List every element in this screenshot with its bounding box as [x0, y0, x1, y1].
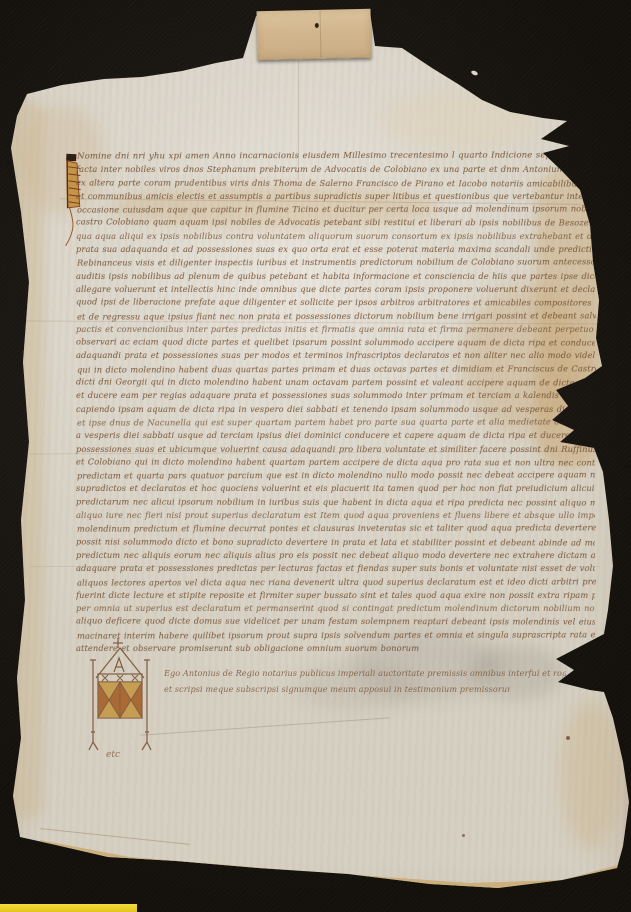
- ms-line: observari ac eciam quod dicte partes et …: [76, 336, 595, 350]
- ms-line: aliquos lectores apertos vel dicta aqua …: [77, 575, 596, 590]
- ms-line: molendinum predictum et flumine decurrat…: [77, 522, 596, 537]
- ms-line: auditis ipsis nobilibus ad plenum de qui…: [76, 270, 595, 283]
- stain-bottom-right: [560, 700, 620, 850]
- notary-line: Ego Antonius de Regio notarius publicus …: [164, 666, 566, 682]
- scratch-line: [140, 717, 389, 735]
- stain-left-edge: [8, 100, 44, 820]
- ms-line: a vesperis diei sabbati usque ad terciam…: [76, 429, 595, 442]
- ms-line: aliquo iure nec fieri nisi prout superiu…: [76, 509, 595, 522]
- ms-line: et de regressu aque ipsius fiant nec non…: [77, 309, 596, 324]
- ms-line: pactis et convencionibus inter partes pr…: [76, 323, 595, 336]
- ms-line: supradictos et declaratos et hoc quocien…: [76, 482, 595, 495]
- ms-line: facta inter nobiles viros dnos Stephanum…: [76, 163, 595, 176]
- ms-line: Nomine dni nri yhu xpi amen Anno incarna…: [77, 149, 596, 164]
- ms-line: per omnia ut superius est declaratum et …: [76, 602, 595, 615]
- ms-line: et Colobiano qui in dicto molendino habe…: [76, 455, 595, 469]
- ms-line: et ipse dnus de Nacunella qui est super …: [77, 415, 596, 430]
- ms-line: possit nisi solummodo dicto et bono supr…: [76, 535, 595, 549]
- yellow-ruler-strip: [0, 904, 137, 912]
- ms-line: dicti dni Georgii qui in dicto molendino…: [76, 376, 595, 390]
- ms-line: adaquare prata et possessiones predictas…: [76, 562, 595, 575]
- ms-line: predictam et quarta pars quatuor parcium…: [77, 468, 596, 483]
- ms-line: qua aqua aliqui ex ipsis nobilibus contr…: [76, 230, 595, 243]
- ms-line: qui in dicto molendino habent duas quart…: [77, 362, 596, 377]
- parchment-document: Nomine dni nri yhu xpi amen Anno incarna…: [0, 0, 631, 912]
- initial-knob: [66, 154, 76, 162]
- ms-line: quod ipsi de liberacione prefate aque di…: [76, 296, 595, 310]
- ms-line: et communibus amicis electis et assumpti…: [76, 190, 595, 203]
- manuscript-text: Nomine dni nri yhu xpi amen Anno incarna…: [76, 150, 595, 655]
- ms-line: prata sua adaquanda et ad possessiones s…: [76, 243, 595, 256]
- ms-line: allegare voluerunt et intellectis hinc i…: [76, 283, 595, 296]
- ms-line: aliquo deficere quod dicte domus sue vid…: [76, 615, 595, 629]
- ms-line: et ducere eam per regias adaquare prata …: [76, 389, 595, 402]
- ms-line: predictum nec aliquis eorum nec aliquis …: [76, 549, 595, 562]
- ink-fleck: [462, 834, 465, 837]
- notary-line: et scripsi meque subscripsi signumque me…: [164, 682, 510, 698]
- stain-neck: [380, 92, 540, 148]
- ms-line: predictarum nec alicui ipsorum nobilium …: [76, 495, 595, 509]
- signum-caption: etc: [106, 750, 120, 760]
- notary-subscription: Ego Antonius de Regio notarius publicus …: [164, 666, 566, 697]
- notarial-signum: [86, 636, 156, 766]
- ms-line: ex altera parte coram prudentibus viris …: [76, 176, 595, 190]
- fold-crease-bottom: [40, 828, 189, 845]
- ms-line: capiendo ipsam aquam de dicta ripa in ve…: [76, 403, 595, 416]
- ms-line: fuerint dicte lecture et stipite reposit…: [76, 589, 595, 602]
- tab-hole: [315, 23, 319, 28]
- dust-speck: [470, 70, 478, 77]
- ms-line: castro Colobiano quam aquam ipsi nobiles…: [76, 216, 595, 230]
- ms-line: adaquandi prata et possessiones suas per…: [76, 349, 595, 362]
- ink-fleck: [566, 736, 570, 740]
- ms-line: Rebinanceus visis et diligenter inspecti…: [77, 256, 596, 271]
- photo-backdrop: Nomine dni nri yhu xpi amen Anno incarna…: [0, 0, 631, 912]
- archive-tab: [256, 9, 371, 60]
- ms-line: possessiones suas et ubicumque voluerint…: [76, 443, 595, 456]
